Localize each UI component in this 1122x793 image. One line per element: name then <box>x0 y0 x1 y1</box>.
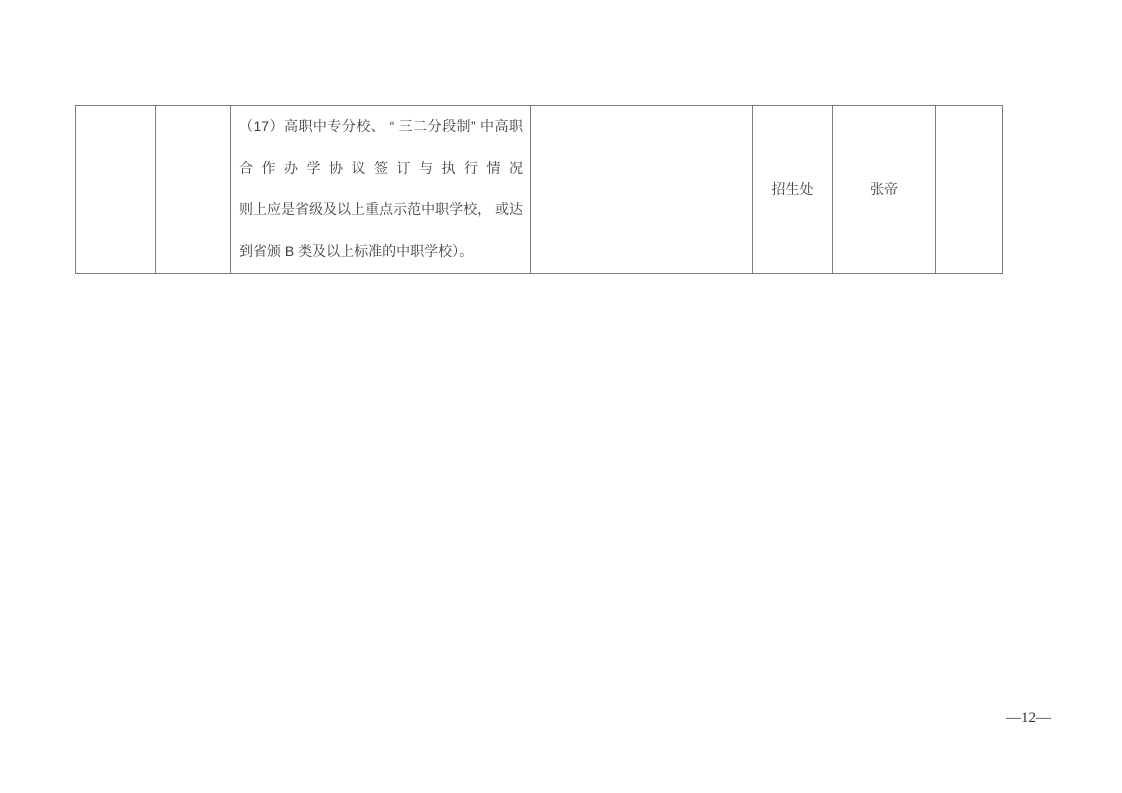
assignments-table: （17）高职中专分校、 “ 三二分段制” 中高职 合作办学协议签订与执行情况（联… <box>75 105 1003 274</box>
cell-item-description: （17）高职中专分校、 “ 三二分段制” 中高职 合作办学协议签订与执行情况（联… <box>231 106 531 274</box>
item-description-line-2: 合作办学协议签订与执行情况（联办中职学校原 <box>239 148 523 190</box>
document-page: （17）高职中专分校、 “ 三二分段制” 中高职 合作办学协议签订与执行情况（联… <box>0 0 1122 793</box>
cell-empty-4 <box>936 106 1003 274</box>
table-row: （17）高职中专分校、 “ 三二分段制” 中高职 合作办学协议签订与执行情况（联… <box>76 106 1003 274</box>
cell-department: 招生处 <box>753 106 833 274</box>
cell-responsible-person: 张帝 <box>833 106 936 274</box>
cell-empty-2 <box>156 106 231 274</box>
cell-empty-3 <box>531 106 753 274</box>
page-number: —12— <box>1006 710 1051 727</box>
item-description-line-1: （17）高职中专分校、 “ 三二分段制” 中高职 <box>239 106 523 148</box>
item-description-line-3: 则上应是省级及以上重点示范中职学校， 或达 <box>239 189 523 231</box>
cell-empty-1 <box>76 106 156 274</box>
item-description-line-4: 到省颁 B 类及以上标准的中职学校）。 <box>239 231 523 273</box>
